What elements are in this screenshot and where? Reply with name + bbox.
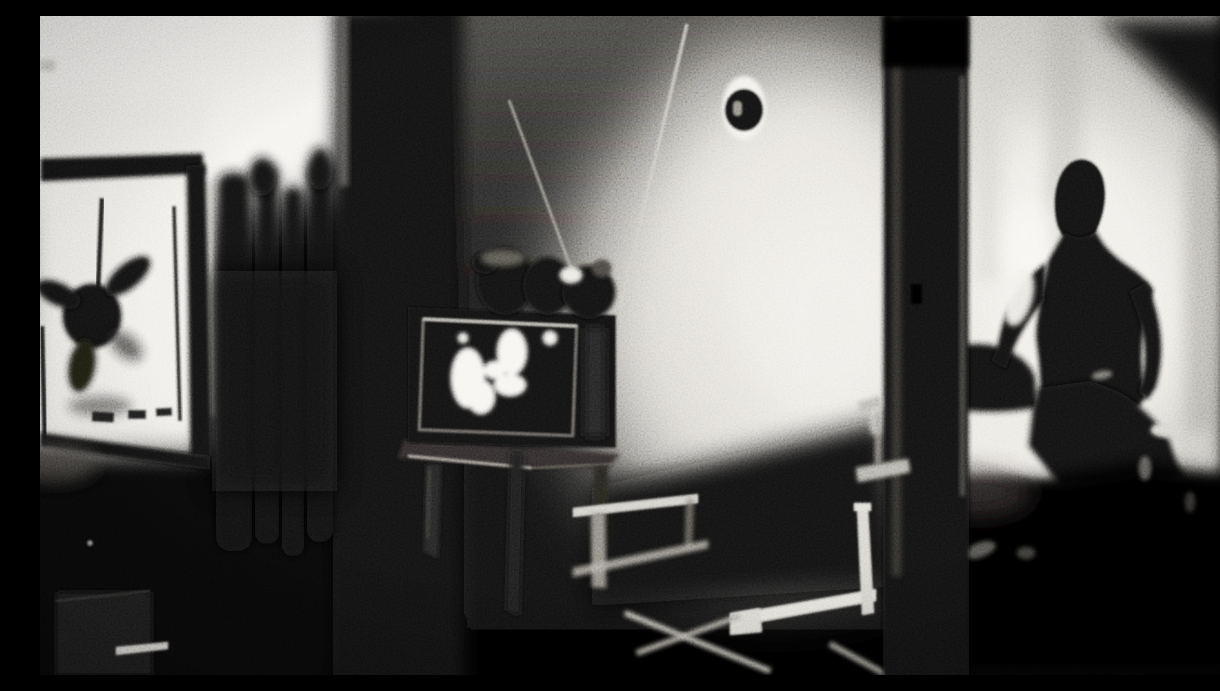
photo	[40, 16, 1220, 675]
film-grain-soft	[40, 16, 1220, 675]
photo-canvas	[40, 16, 1220, 675]
